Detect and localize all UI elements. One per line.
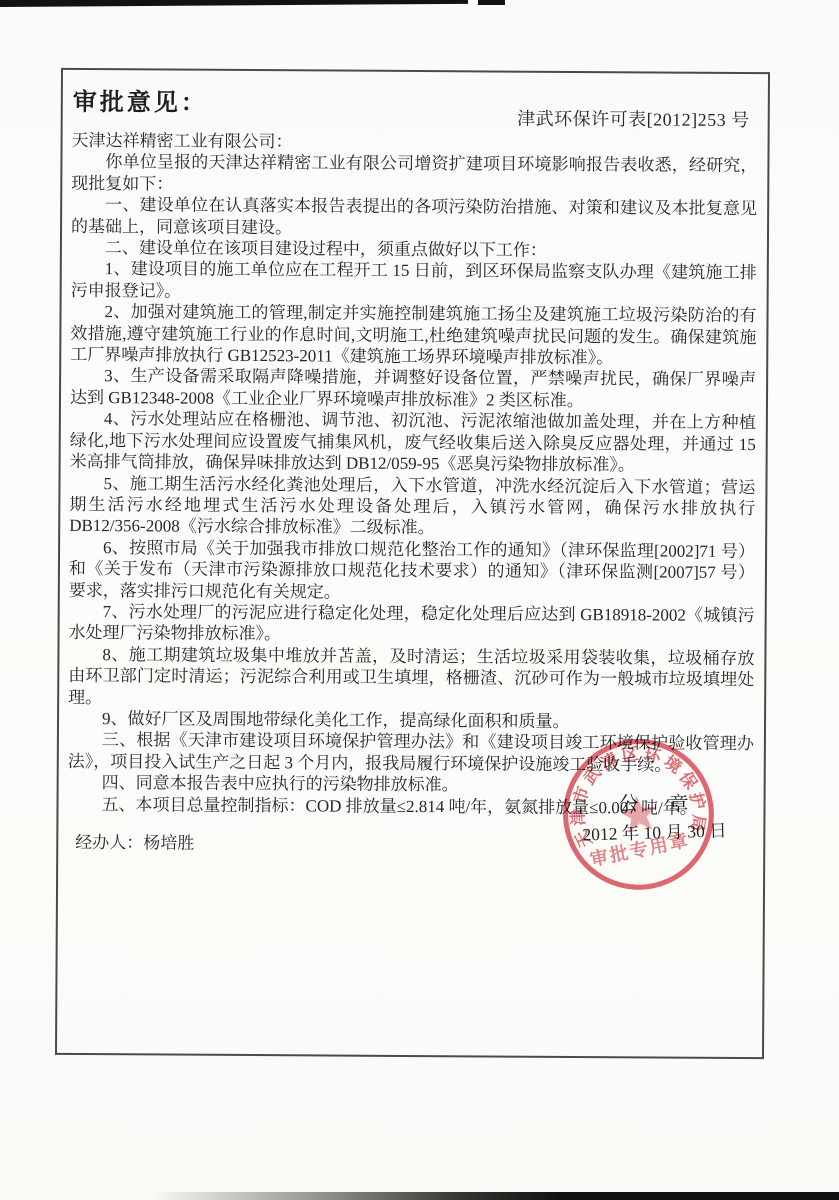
paragraph: 8、施工期建筑垃圾集中堆放并苫盖，及时清运；生活垃圾采用袋装收集，垃圾桶存放由环… xyxy=(68,644,754,712)
scan-artifact-bottom-bar xyxy=(150,1192,839,1200)
stamp-agency-text: 天津市武清区环境保护局 xyxy=(559,736,713,851)
scan-artifact-top-dash xyxy=(478,0,505,5)
paragraph-list: 你单位呈报的天津达祥精密工业有限公司增资扩建项目环境影响报告表收悉，经研究，现批… xyxy=(67,151,757,819)
document-number: 津武环保许可表[2012]253 号 xyxy=(517,105,750,132)
document-title: 审批意见： xyxy=(73,82,208,118)
paragraph: 2、加强对建筑施工的管理,制定并实施控制建筑施工扬尘及建筑施工垃圾污染防治的有效… xyxy=(70,301,756,369)
document-body: 天津达祥精密工业有限公司： 你单位呈报的天津达祥精密工业有限公司增资扩建项目环境… xyxy=(67,130,757,819)
stamp-type-text: 审批专用章 xyxy=(588,829,691,870)
paragraph: 4、污水处理站应在格栅池、调节池、初沉池、污泥浓缩池做加盖处理，并在上方种植绿化… xyxy=(70,408,756,476)
scanned-page: 审批意见： 津武环保许可表[2012]253 号 天津达祥精密工业有限公司： 你… xyxy=(0,0,839,1200)
svg-text:天津市武清区环境保护局: 天津市武清区环境保护局 xyxy=(559,736,713,851)
paragraph: 6、按照市局《关于加强我市排放口规范化整治工作的通知》（津环保监理[2002]7… xyxy=(69,537,755,605)
paragraph: 7、污水处理厂的污泥应进行稳定化处理，稳定化处理后应达到 GB18918-200… xyxy=(69,601,755,648)
paragraph: 一、建设单位在认真落实本报告表提出的各项污染防治措施、对策和建议及本批复意见的基… xyxy=(71,194,757,241)
stamp-star xyxy=(617,793,660,834)
paragraph: 3、生产设备需采取隔声降噪措施，并调整好设备位置，严禁噪声扰民，确保厂界噪声达到… xyxy=(70,365,756,412)
document-frame: 审批意见： 津武环保许可表[2012]253 号 天津达祥精密工业有限公司： 你… xyxy=(55,68,770,1059)
scan-artifact-top-bar xyxy=(0,0,468,7)
red-official-stamp: 天津市武清区环境保护局 审批专用章 xyxy=(542,718,735,911)
paragraph: 你单位呈报的天津达祥精密工业有限公司增资扩建项目环境影响报告表收悉，经研究，现批… xyxy=(71,151,757,198)
paragraph: 5、施工期生活污水经化粪池处理后，入下水管道，冲洗水经沉淀后入下水管道；营运期生… xyxy=(69,472,755,540)
paragraph: 1、建设项目的施工单位应在工程开工 15 日前，到区环保局监察支队办理《建筑施工… xyxy=(71,258,757,305)
handler-line: 经办人：杨培胜 xyxy=(75,828,194,854)
